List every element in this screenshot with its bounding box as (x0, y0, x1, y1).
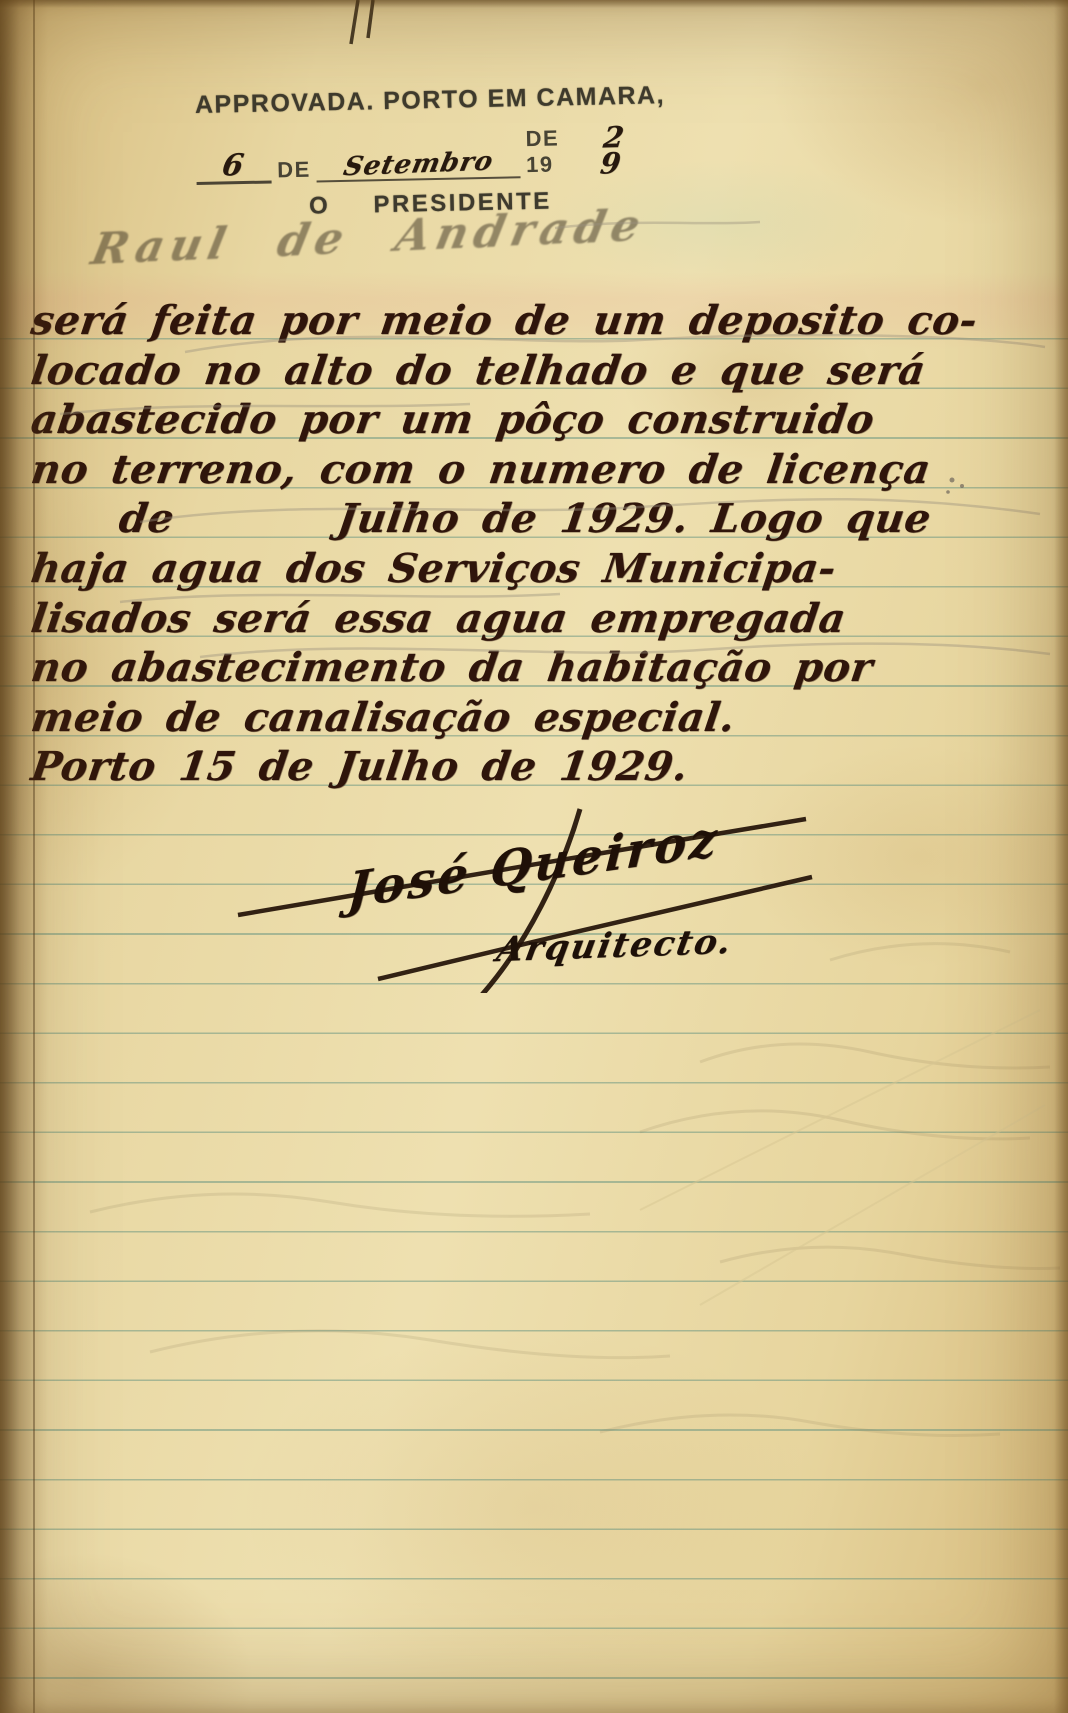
binding-crease (33, 0, 35, 1713)
stamp-year-handwritten: 2 9 (599, 123, 680, 177)
stamp-month-underline: Setembro (316, 150, 520, 182)
architect-signature-name: José Queiroz (346, 810, 721, 919)
handwritten-body: será feita por meio de um deposito co- l… (28, 296, 1052, 792)
page-top-edge (0, 0, 1068, 8)
handwritten-line: meio de canalisação especial. (28, 693, 1059, 743)
stamp-day-handwritten: 6 (220, 153, 246, 180)
handwritten-line: de Julho de 1929. Logo que (28, 494, 1059, 544)
stamp-day-underline: 6 (196, 152, 271, 185)
paper-crease (640, 1010, 1045, 1305)
ink-tick-mark (368, 0, 373, 38)
architect-title: Arquitecto. (494, 922, 736, 970)
handwritten-line: lisados será essa agua empregada (28, 594, 1059, 644)
stamp-date-row: 6 DE Setembro DE 19 2 9 (196, 123, 677, 185)
handwritten-line: no terreno, com o numero de licença (28, 445, 1059, 495)
ink-bleed-through (90, 944, 1060, 1436)
handwritten-line: abastecido por um pôço construido (28, 395, 1059, 445)
handwritten-line: Porto 15 de Julho de 1929. (28, 742, 1059, 792)
binding-edge (0, 0, 48, 1713)
handwritten-line: haja agua dos Serviços Municipa- (28, 544, 1059, 594)
handwritten-line: no abastecimento da habitação por (28, 643, 1059, 693)
stamp-de-year-label: DE 19 (525, 125, 592, 178)
stamp-approval-line: APPROVADA. PORTO EM CAMARA, (195, 81, 676, 120)
handwritten-line: locado no alto do telhado e que será (28, 346, 1059, 396)
ink-tick-mark (351, 0, 358, 44)
page-right-edge (1054, 0, 1068, 1713)
stamp-de-label: DE (277, 157, 311, 184)
handwritten-line: será feita por meio de um deposito co- (28, 296, 1059, 346)
stamp-month-handwritten: Setembro (341, 150, 495, 178)
register-page: APPROVADA. PORTO EM CAMARA, 6 DE Setembr… (0, 0, 1068, 1713)
